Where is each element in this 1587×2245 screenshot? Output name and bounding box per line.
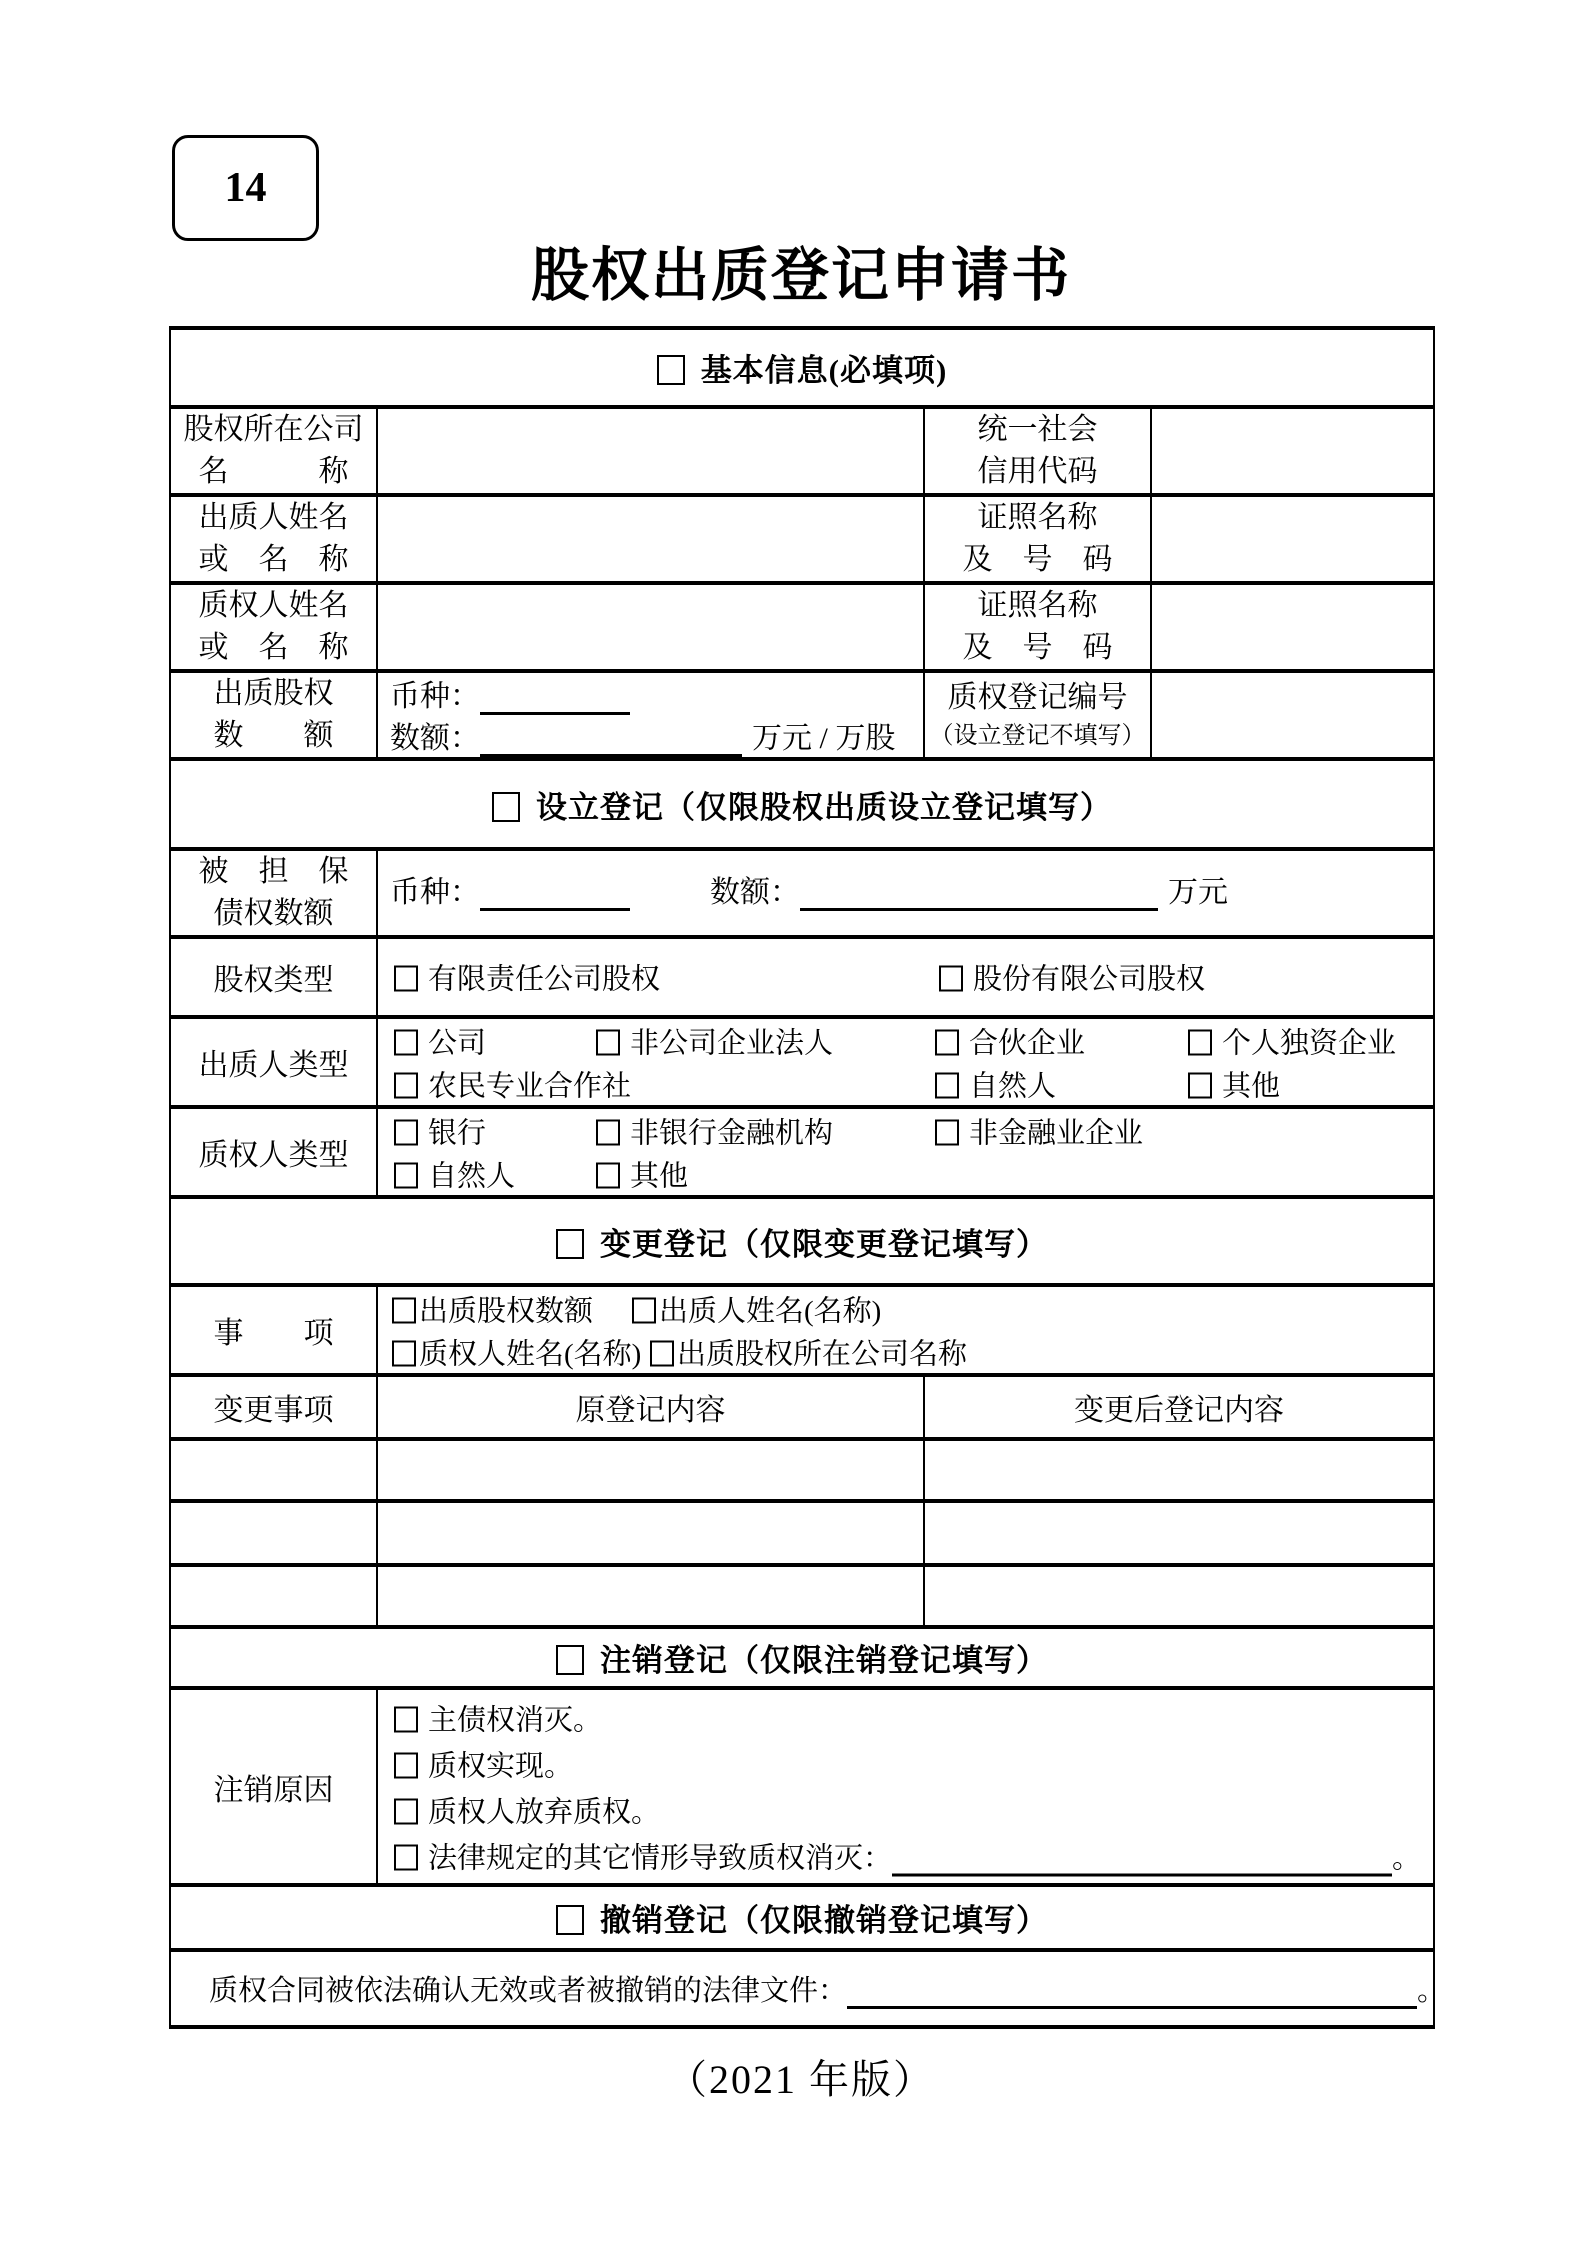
option-label: 主债权消灭。	[428, 1704, 602, 1736]
natural-person-checkbox[interactable]	[935, 1072, 959, 1098]
change-row-2-matter-cell[interactable]	[170, 1501, 377, 1565]
currency-fill-line[interactable]	[480, 876, 630, 911]
amount-label: 数额：	[710, 867, 800, 911]
sole-proprietorship-checkbox[interactable]	[1188, 1029, 1212, 1055]
option-label: 质权人姓名(名称)	[419, 1338, 641, 1370]
pledgor-certificate-label: 证照名称 及 号 码	[924, 495, 1151, 583]
equity-type-options-cell: 有限责任公司股权 股份有限公司股权	[377, 937, 1434, 1017]
currency-fill-line[interactable]	[480, 680, 630, 715]
basic-info-checkbox[interactable]	[657, 355, 685, 385]
amount-label: 数额：	[390, 713, 480, 757]
currency-label: 币种：	[390, 671, 480, 715]
option-label: 自然人	[969, 1070, 1056, 1102]
revoke-registration-checkbox[interactable]	[556, 1905, 584, 1935]
item-pledgee-name-checkbox[interactable]	[392, 1340, 416, 1366]
pledgor-name-input-cell[interactable]	[377, 495, 924, 583]
form-title: 股权出质登记申请书	[169, 228, 1433, 312]
non-financial-enterprise-checkbox[interactable]	[935, 1119, 959, 1145]
change-row-3-original-cell[interactable]	[377, 1565, 924, 1627]
pledge-reg-number-input-cell[interactable]	[1151, 671, 1434, 759]
change-row-3-changed-cell[interactable]	[924, 1565, 1434, 1627]
option-label: 自然人	[428, 1160, 515, 1192]
partnership-checkbox[interactable]	[935, 1029, 959, 1055]
amount-unit: 万元	[1168, 867, 1228, 911]
option-label: 出质人姓名(名称)	[659, 1295, 881, 1327]
option-label: 法律规定的其它情形导致质权消灭：	[428, 1842, 892, 1874]
section-label-change: 变更登记（仅限变更登记填写）	[600, 1227, 1048, 1262]
section-header-cancel: 注销登记（仅限注销登记填写）	[170, 1627, 1434, 1688]
change-items-label: 事 项	[170, 1285, 377, 1375]
option-label: 出质股权所在公司名称	[677, 1338, 967, 1370]
amount-fill-line[interactable]	[480, 722, 742, 757]
changed-content-header: 变更后登记内容	[924, 1375, 1434, 1439]
revoke-document-fill-line[interactable]	[847, 1974, 1417, 2009]
other-checkbox[interactable]	[596, 1162, 620, 1188]
period-mark: 。	[1417, 1975, 1434, 2007]
option-label: 质权人放弃质权。	[428, 1796, 660, 1828]
main-debt-extinguished-checkbox[interactable]	[394, 1706, 418, 1732]
pledgee-type-options-cell: 银行 非银行金融机构 非金融业企业 自然人 其他	[377, 1107, 1434, 1197]
option-label: 有限责任公司股权	[428, 964, 660, 996]
company-checkbox[interactable]	[394, 1029, 418, 1055]
pledgor-type-options-cell: 公司 非公司企业法人 合伙企业 个人独资企业 农民专业合作社 自然人 其他	[377, 1017, 1434, 1107]
option-label: 股份有限公司股权	[973, 964, 1205, 996]
item-pledgor-name-checkbox[interactable]	[632, 1297, 656, 1323]
item-company-name-checkbox[interactable]	[650, 1340, 674, 1366]
amount-fill-line[interactable]	[800, 876, 1158, 911]
company-name-label: 股权所在公司 名 称	[170, 407, 377, 495]
other-reason-fill-line[interactable]	[892, 1841, 1392, 1876]
option-label: 农民专业合作社	[428, 1070, 631, 1102]
pledgor-certificate-input-cell[interactable]	[1151, 495, 1434, 583]
bank-checkbox[interactable]	[394, 1119, 418, 1145]
change-row-1-matter-cell[interactable]	[170, 1439, 377, 1501]
option-label: 非银行金融机构	[630, 1117, 833, 1149]
secured-debt-amount-label: 被 担 保 债权数额	[170, 849, 377, 937]
section-label-revoke: 撤销登记（仅限撤销登记填写）	[600, 1903, 1048, 1938]
change-registration-checkbox[interactable]	[556, 1229, 584, 1259]
pledgee-name-label: 质权人姓名 或 名 称	[170, 583, 377, 671]
revoke-document-cell: 质权合同被依法确认无效或者被撤销的法律文件：。	[170, 1950, 1434, 2027]
company-name-input-cell[interactable]	[377, 407, 924, 495]
section-label-setup: 设立登记（仅限股权出质设立登记填写）	[536, 790, 1112, 825]
section-label-basic: 基本信息(必填项)	[701, 353, 948, 388]
jsc-equity-checkbox[interactable]	[939, 966, 963, 992]
pledgee-type-label: 质权人类型	[170, 1107, 377, 1197]
amount-unit: 万元 / 万股	[752, 713, 895, 757]
pledgee-waives-checkbox[interactable]	[394, 1798, 418, 1824]
page-number-tag: 14	[172, 135, 319, 241]
other-legal-circumstances-checkbox[interactable]	[394, 1844, 418, 1870]
change-items-options-cell: 出质股权数额 出质人姓名(名称) 质权人姓名(名称) 出质股权所在公司名称	[377, 1285, 1434, 1375]
section-header-basic-info: 基本信息(必填项)	[170, 328, 1434, 407]
option-label: 个人独资企业	[1222, 1027, 1396, 1059]
section-label-cancel: 注销登记（仅限注销登记填写）	[600, 1643, 1048, 1678]
option-label: 银行	[428, 1117, 486, 1149]
application-form-table: 基本信息(必填项) 股权所在公司 名 称 统一社会 信用代码 出质人姓名 或 名…	[169, 326, 1435, 2029]
natural-person-checkbox[interactable]	[394, 1162, 418, 1188]
option-label: 其他	[630, 1160, 688, 1192]
change-matter-header: 变更事项	[170, 1375, 377, 1439]
equity-type-label: 股权类型	[170, 937, 377, 1017]
option-label: 合伙企业	[969, 1027, 1085, 1059]
option-label: 质权实现。	[428, 1750, 573, 1782]
secured-debt-amount-cell: 币种： 数额： 万元	[377, 849, 1434, 937]
option-label: 非公司企业法人	[630, 1027, 833, 1059]
farmer-coop-checkbox[interactable]	[394, 1072, 418, 1098]
cancel-reason-label: 注销原因	[170, 1688, 377, 1885]
currency-label: 币种：	[390, 867, 480, 911]
section-header-change: 变更登记（仅限变更登记填写）	[170, 1197, 1434, 1285]
original-content-header: 原登记内容	[377, 1375, 924, 1439]
period-mark: 。	[1392, 1842, 1421, 1874]
non-company-legal-person-checkbox[interactable]	[596, 1029, 620, 1055]
change-row-1-original-cell[interactable]	[377, 1439, 924, 1501]
pledge-realized-checkbox[interactable]	[394, 1752, 418, 1778]
credit-code-input-cell[interactable]	[1151, 407, 1434, 495]
pledged-equity-amount-label: 出质股权 数 额	[170, 671, 377, 759]
option-label: 其他	[1222, 1070, 1280, 1102]
cancel-reason-options-cell: 主债权消灭。 质权实现。 质权人放弃质权。 法律规定的其它情形导致质权消灭：。	[377, 1688, 1434, 1885]
version-footer: （2021 年版）	[169, 2048, 1433, 2105]
change-row-2-changed-cell[interactable]	[924, 1501, 1434, 1565]
option-label: 出质股权数额	[419, 1295, 593, 1327]
revoke-document-label: 质权合同被依法确认无效或者被撤销的法律文件：	[209, 1975, 847, 2007]
section-header-setup: 设立登记（仅限股权出质设立登记填写）	[170, 759, 1434, 849]
pledged-equity-amount-cell: 币种： 数额： 万元 / 万股	[377, 671, 924, 759]
pledge-reg-number-label: 质权登记编号 （设立登记不填写）	[924, 671, 1151, 759]
change-row-2-original-cell[interactable]	[377, 1501, 924, 1565]
pledgee-name-input-cell[interactable]	[377, 583, 924, 671]
change-row-1-changed-cell[interactable]	[924, 1439, 1434, 1501]
change-row-3-matter-cell[interactable]	[170, 1565, 377, 1627]
option-label: 公司	[428, 1027, 486, 1059]
pledgee-certificate-label: 证照名称 及 号 码	[924, 583, 1151, 671]
pledgee-certificate-input-cell[interactable]	[1151, 583, 1434, 671]
pledgor-type-label: 出质人类型	[170, 1017, 377, 1107]
llc-equity-checkbox[interactable]	[394, 966, 418, 992]
pledgor-name-label: 出质人姓名 或 名 称	[170, 495, 377, 583]
credit-code-label: 统一社会 信用代码	[924, 407, 1151, 495]
cancel-registration-checkbox[interactable]	[556, 1645, 584, 1675]
option-label: 非金融业企业	[969, 1117, 1143, 1149]
item-pledged-amount-checkbox[interactable]	[392, 1297, 416, 1323]
setup-registration-checkbox[interactable]	[492, 792, 520, 822]
other-checkbox[interactable]	[1188, 1072, 1212, 1098]
section-header-revoke: 撤销登记（仅限撤销登记填写）	[170, 1885, 1434, 1950]
non-bank-financial-checkbox[interactable]	[596, 1119, 620, 1145]
